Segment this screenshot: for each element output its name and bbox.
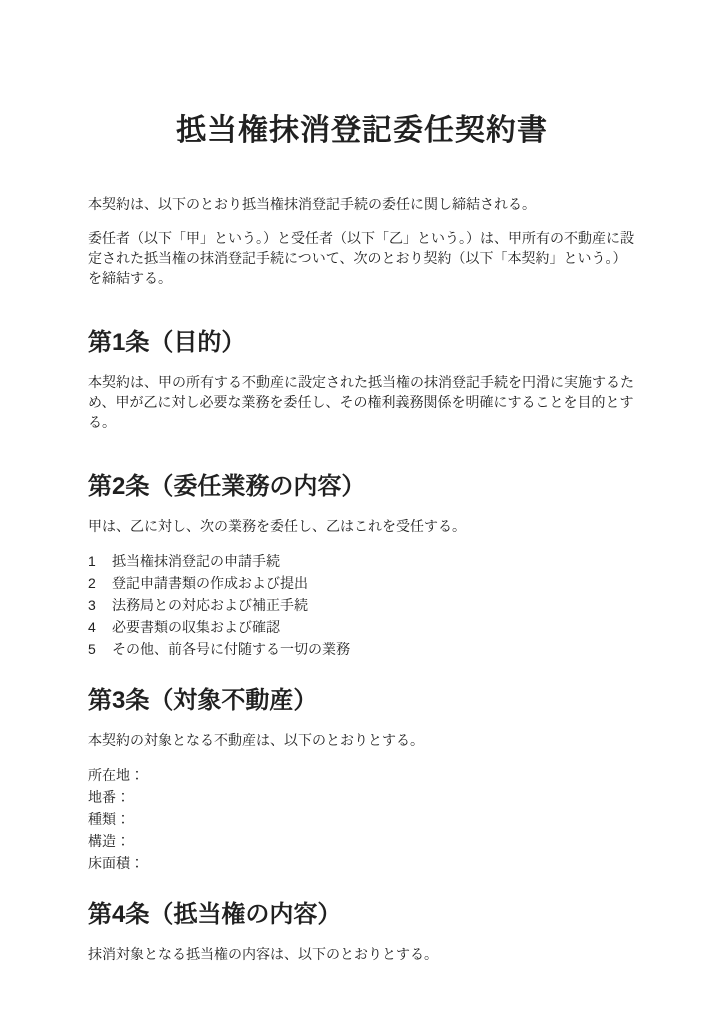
list-item-text: 抵当権抹消登記の申請手続 [112, 550, 636, 572]
section-article-2: 第2条（委任業務の内容） 甲は、乙に対し、次の業務を委任し、乙はこれを受任する。… [88, 446, 636, 660]
delegated-tasks-list: 1 抵当権抹消登記の申請手続 2 登記申請書類の作成および提出 3 法務局との対… [88, 550, 636, 660]
list-item-text: 必要書類の収集および確認 [112, 616, 636, 638]
section-heading-article-3: 第3条（対象不動産） [88, 660, 636, 716]
section-paragraph: 甲は、乙に対し、次の業務を委任し、乙はこれを受任する。 [88, 516, 636, 536]
document-page: 抵当権抹消登記委任契約書 本契約は、以下のとおり抵当権抹消登記手続の委任に関し締… [0, 0, 724, 1024]
section-paragraph: 本契約の対象となる不動産は、以下のとおりとする。 [88, 730, 636, 750]
section-heading-article-2: 第2条（委任業務の内容） [88, 446, 636, 502]
list-item: 4 必要書類の収集および確認 [88, 616, 636, 638]
list-item-number: 4 [88, 616, 112, 638]
intro-paragraph-2: 委任者（以下「甲」という。）と受任者（以下「乙」という。）は、甲所有の不動産に設… [88, 228, 636, 288]
list-item: 5 その他、前各号に付随する一切の業務 [88, 638, 636, 660]
section-article-4: 第4条（抵当権の内容） 抹消対象となる抵当権の内容は、以下のとおりとする。 [88, 874, 636, 964]
property-fields: 所在地： 地番： 種類： 構造： 床面積： [88, 764, 636, 874]
field-lot-number: 地番： [88, 786, 636, 808]
section-article-3: 第3条（対象不動産） 本契約の対象となる不動産は、以下のとおりとする。 所在地：… [88, 660, 636, 874]
section-paragraph: 抹消対象となる抵当権の内容は、以下のとおりとする。 [88, 944, 636, 964]
field-floor-area: 床面積： [88, 852, 636, 874]
list-item-number: 5 [88, 638, 112, 660]
field-structure: 構造： [88, 830, 636, 852]
document-title: 抵当権抹消登記委任契約書 [88, 112, 636, 150]
intro-paragraph-1: 本契約は、以下のとおり抵当権抹消登記手続の委任に関し締結される。 [88, 194, 636, 214]
list-item-text: 法務局との対応および補正手続 [112, 594, 636, 616]
list-item: 3 法務局との対応および補正手続 [88, 594, 636, 616]
list-item-text: 登記申請書類の作成および提出 [112, 572, 636, 594]
section-paragraph: 本契約は、甲の所有する不動産に設定された抵当権の抹消登記手続を円滑に実施するため… [88, 372, 636, 432]
field-location: 所在地： [88, 764, 636, 786]
field-type: 種類： [88, 808, 636, 830]
section-heading-article-1: 第1条（目的） [88, 302, 636, 358]
list-item: 1 抵当権抹消登記の申請手続 [88, 550, 636, 572]
list-item-text: その他、前各号に付随する一切の業務 [112, 638, 636, 660]
list-item-number: 2 [88, 572, 112, 594]
section-article-1: 第1条（目的） 本契約は、甲の所有する不動産に設定された抵当権の抹消登記手続を円… [88, 302, 636, 432]
list-item-number: 3 [88, 594, 112, 616]
list-item: 2 登記申請書類の作成および提出 [88, 572, 636, 594]
section-heading-article-4: 第4条（抵当権の内容） [88, 874, 636, 930]
list-item-number: 1 [88, 550, 112, 572]
